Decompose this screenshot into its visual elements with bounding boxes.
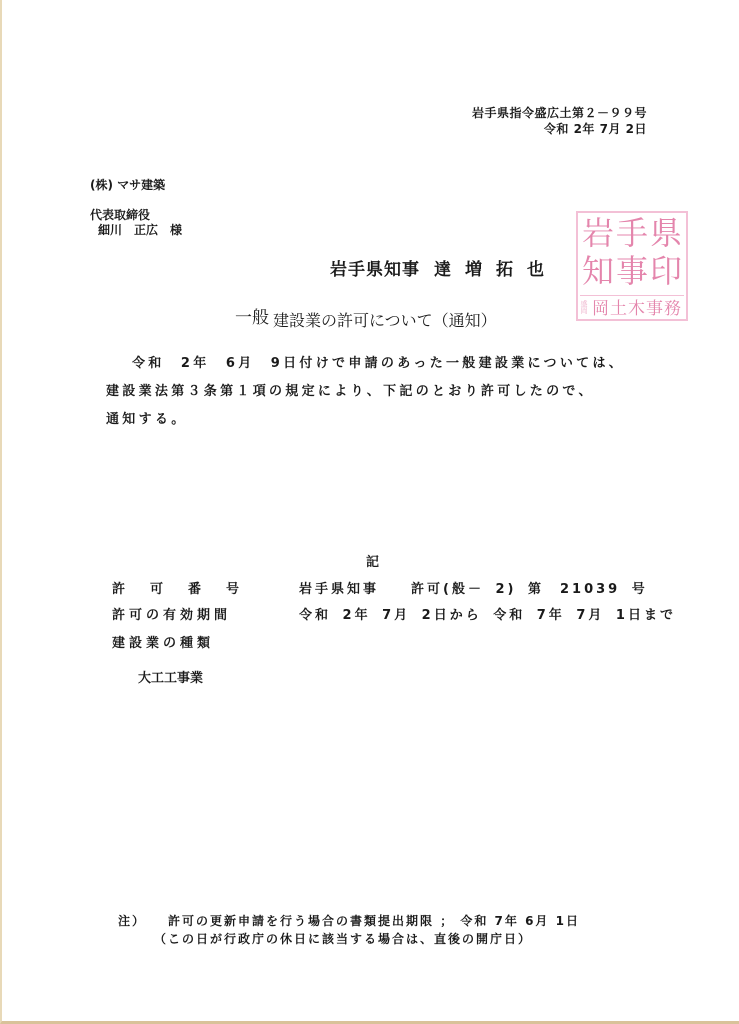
seal-char: 印 — [650, 253, 682, 289]
sender-office: 岩手県知事 — [330, 260, 420, 280]
document-number: 岩手県指令盛広土第２－９９号 — [472, 104, 647, 121]
body-line-3: 通知する。 — [106, 408, 188, 427]
official-seal-stamp: 岩 手 県 知 事 印 盛岡 岡土木事務 — [576, 211, 688, 321]
seal-office-text: 岡土木事務 — [592, 294, 682, 319]
seal-row-1: 岩 手 県 — [582, 215, 682, 251]
validity-period-value: 令和 2年 7月 2日から 令和 7年 7月 1日まで — [299, 604, 676, 623]
validity-period-label: 許可の有効期間 — [112, 604, 231, 623]
seal-char: 知 — [582, 253, 614, 289]
body-line-1: 令和 2年 6月 9日付けで申請のあった一般建設業については、 — [132, 352, 625, 371]
seal-side-text: 盛岡 — [580, 300, 588, 314]
ki-heading: 記 — [366, 551, 379, 570]
seal-row-2: 知 事 印 — [582, 253, 682, 289]
subject-text: 建設業の許可について（通知） — [273, 311, 497, 330]
construction-type-value: 大工工事業 — [138, 667, 203, 686]
body-line-2: 建設業法第３条第１項の規定により、下記のとおり許可したので、 — [106, 380, 595, 399]
note-label: 注） — [118, 914, 146, 928]
seal-char: 岩 — [582, 215, 614, 251]
permit-number-value: 岩手県知事 許可(般－ 2) 第 21039 号 — [299, 578, 648, 597]
sender: 岩手県知事達増拓也 — [330, 255, 558, 280]
permit-number-label: 許可番号 — [112, 578, 264, 597]
construction-type-label: 建設業の種類 — [112, 632, 214, 651]
subject-prefix: 一般 — [235, 308, 269, 328]
seal-bottom-row: 盛岡 岡土木事務 — [580, 295, 684, 317]
addressee-company: (株) マサ建築 — [90, 176, 165, 193]
sender-name: 達増拓也 — [434, 260, 558, 280]
document-date: 令和 2年 7月 2日 — [544, 120, 647, 137]
note-line-2: （この日が行政庁の休日に該当する場合は、直後の開庁日） — [154, 930, 532, 947]
seal-char: 手 — [616, 215, 648, 251]
note-text-1: 許可の更新申請を行う場合の書類提出期限 ； 令和 7年 6月 1日 — [168, 914, 580, 928]
note-line-1: 注）許可の更新申請を行う場合の書類提出期限 ； 令和 7年 6月 1日 — [118, 912, 580, 929]
seal-char: 事 — [616, 253, 648, 289]
document-page: 岩手県指令盛広土第２－９９号 令和 2年 7月 2日 (株) マサ建築 代表取締… — [0, 0, 739, 1024]
addressee-name: 細川 正広 様 — [98, 221, 182, 238]
seal-char: 県 — [650, 215, 682, 251]
subject-title: 一般建設業の許可について（通知） — [235, 306, 497, 331]
